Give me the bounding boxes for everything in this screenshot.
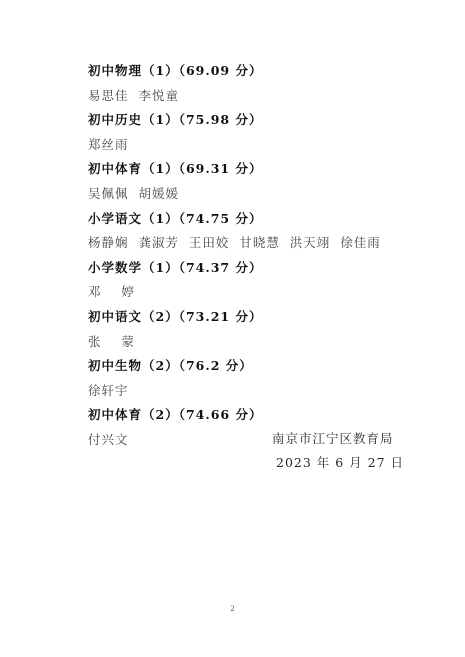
issuing-organization: 南京市江宁区教育局	[272, 430, 412, 454]
names-line: 郑丝雨	[88, 136, 388, 161]
names-line: 张 蒙	[88, 333, 388, 358]
list-item: 初中体育（1）（69.31 分） 吴佩佩 胡媛媛	[88, 160, 388, 209]
category-heading: 初中物理（1）（69.09 分）	[88, 62, 388, 87]
page-number: 2	[0, 604, 465, 613]
names-line: 吴佩佩 胡媛媛	[88, 185, 388, 210]
list-item: 小学语文（1）（74.75 分） 杨静娴 龚淑芳 王田姣 甘晓慧 洪天翊 徐佳雨	[88, 210, 388, 259]
signature-block: 南京市江宁区教育局 2023 年 6 月 27 日	[272, 430, 412, 478]
category-heading: 初中体育（1）（69.31 分）	[88, 160, 388, 185]
list-item: 初中生物（2）（76.2 分） 徐轩宇	[88, 357, 388, 406]
category-heading: 初中历史（1）（75.98 分）	[88, 111, 388, 136]
issue-date: 2023 年 6 月 27 日	[272, 454, 412, 478]
category-heading: 小学数学（1）（74.37 分）	[88, 259, 388, 284]
list-item: 初中语文（2）（73.21 分） 张 蒙	[88, 308, 388, 357]
results-list: 初中物理（1）（69.09 分） 易思佳 李悦童 初中历史（1）（75.98 分…	[88, 62, 388, 456]
category-heading: 初中生物（2）（76.2 分）	[88, 357, 388, 382]
list-item: 初中物理（1）（69.09 分） 易思佳 李悦童	[88, 62, 388, 111]
category-heading: 小学语文（1）（74.75 分）	[88, 210, 388, 235]
document-page: 初中物理（1）（69.09 分） 易思佳 李悦童 初中历史（1）（75.98 分…	[0, 0, 465, 657]
names-line: 杨静娴 龚淑芳 王田姣 甘晓慧 洪天翊 徐佳雨	[88, 234, 388, 259]
names-line: 易思佳 李悦童	[88, 87, 388, 112]
names-line: 邓 婷	[88, 283, 388, 308]
names-line: 徐轩宇	[88, 382, 388, 407]
list-item: 小学数学（1）（74.37 分） 邓 婷	[88, 259, 388, 308]
category-heading: 初中体育（2）（74.66 分）	[88, 406, 388, 431]
category-heading: 初中语文（2）（73.21 分）	[88, 308, 388, 333]
list-item: 初中历史（1）（75.98 分） 郑丝雨	[88, 111, 388, 160]
